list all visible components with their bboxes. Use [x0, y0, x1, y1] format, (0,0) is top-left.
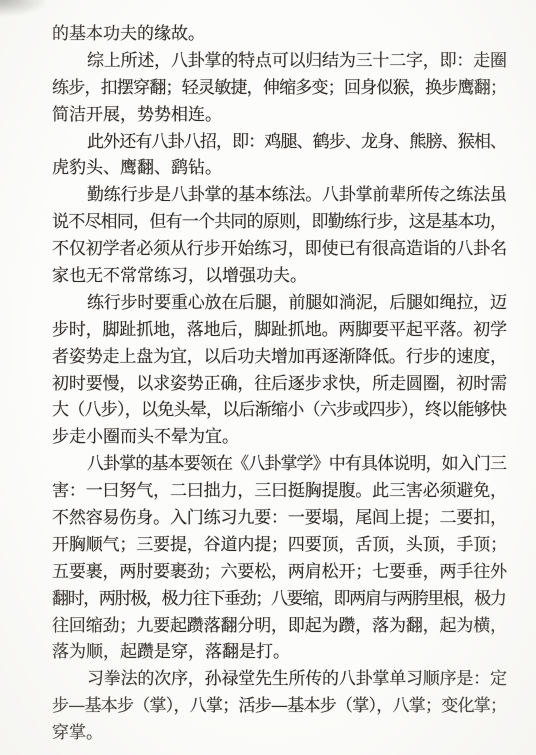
text-line: 初时要慢，以求姿势正确，往后逐步求快，所走圆圈，初时需 — [52, 371, 507, 398]
text-line: 练步，扣摆穿翻；轻灵敏捷，伸缩多变；回身似猴，换步鹰翻； — [52, 75, 507, 102]
text-line: 此外还有八卦八招，即：鸡腿、鹤步、龙身、熊膀、猴相、 — [52, 129, 507, 156]
scan-smudge-artifact — [0, 0, 46, 16]
text-line: 不仅初学者必须从行步开始练习，即使已有很高造诣的八卦名 — [52, 236, 507, 263]
text-line: 的基本功夫的缘故。 — [52, 21, 507, 48]
text-line: 勤练行步是八卦掌的基本练法。八卦掌前辈所传之练法虽 — [52, 182, 507, 209]
text-line: 八卦掌的基本要领在《八卦掌学》中有具体说明，如入门三 — [52, 451, 507, 478]
text-line: 害：一曰努气，二曰拙力，三曰挺胸提腹。此三害必须避免， — [52, 478, 507, 505]
text-line: 不然容易伤身。入门练习九要：一要塌，尾闾上提；二要扣， — [52, 505, 507, 532]
text-line: 练行步时要重心放在后腿，前腿如淌泥，后腿如绳拉，迈 — [52, 290, 507, 317]
text-line: 往回缩劲；九要起躜落翻分明，即起为躜，落为翻，起为横， — [52, 613, 507, 640]
text-line: 者姿势走上盘为宜，以后功夫增加再逐渐降低。行步的速度， — [52, 344, 507, 371]
text-line: 家也无不常常练习，以增强功夫。 — [52, 263, 507, 290]
text-line: 综上所述，八卦掌的特点可以归结为三十二字，即：走圈 — [52, 48, 507, 75]
scanned-book-page: 的基本功夫的缘故。综上所述，八卦掌的特点可以归结为三十二字，即：走圈练步，扣摆穿… — [0, 0, 536, 755]
text-line: 落为顺，起躜是穿，落翻是打。 — [52, 639, 507, 666]
text-line: 步时，脚趾抓地，落地后，脚趾抓地。两脚要平起平落。初学 — [52, 317, 507, 344]
text-block: 的基本功夫的缘故。综上所述，八卦掌的特点可以归结为三十二字，即：走圈练步，扣摆穿… — [52, 21, 507, 747]
text-line: 步—基本步（掌），八掌；活步—基本步（掌），八掌；变化掌； — [52, 693, 507, 720]
text-line: 翻时，两肘极，极力往下垂劲；八要缩，即两肩与两胯里根，极力 — [52, 586, 507, 613]
text-line: 开胸顺气；三要提，谷道内提；四要顶，舌顶，头顶，手顶； — [52, 532, 507, 559]
text-line: 虎豹头、鹰翻、鹞钻。 — [52, 155, 507, 182]
text-line: 步走小圈而头不晕为宜。 — [52, 424, 507, 451]
text-line: 习拳法的次序，孙禄堂先生所传的八卦掌单习顺序是：定 — [52, 666, 507, 693]
text-line: 简洁开展，势势相连。 — [52, 102, 507, 129]
text-line: 说不尽相同，但有一个共同的原则，即勤练行步，这是基本功， — [52, 209, 507, 236]
text-line: 穿掌。 — [52, 720, 507, 747]
text-line: 大（八步），以免头晕，以后渐缩小（六步或四步），终以能够快 — [52, 397, 507, 424]
text-line: 五要裹，两肘要裹劲；六要松，两肩松开；七要垂，两手往外 — [52, 559, 507, 586]
